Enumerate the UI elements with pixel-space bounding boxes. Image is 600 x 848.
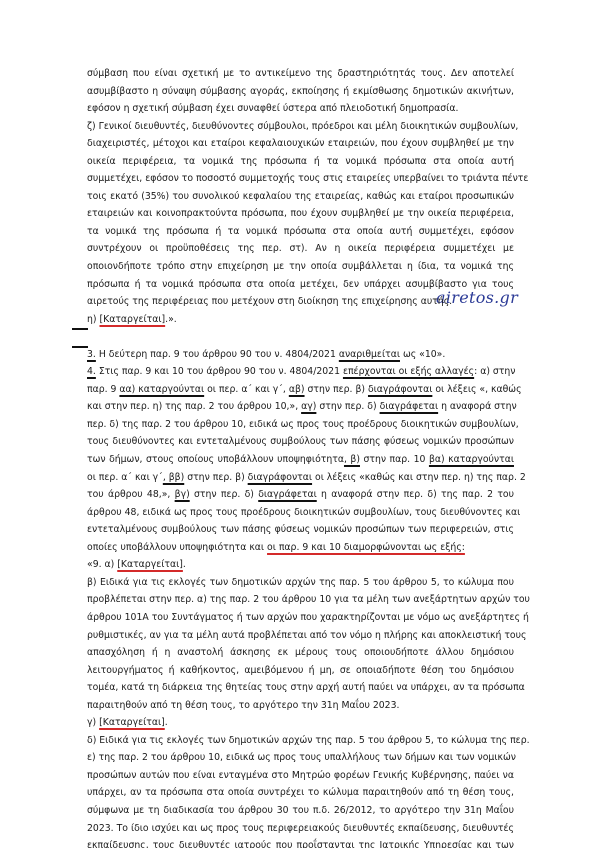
text-line: τα νομικά της πρόσωπα ή τα νομικά πρόσωπ… [87, 223, 514, 241]
text-line: απασχόληση ή η αναστολή άσκησης εκ μέρου… [87, 644, 514, 662]
text-line: β) Ειδικά για τις εκλογές των δημοτικών … [87, 574, 514, 592]
text-line: τομέα, κατά τη διάρκεια της θητείας τους… [87, 679, 514, 697]
text-line: συντρέχουν οι προϋποθέσεις της περ. στ).… [87, 240, 514, 258]
eta-line: η) [Καταργείται].». [87, 311, 514, 329]
text-line: υπάρχει, αν τα πρόσωπα στα οποία συντρέχ… [87, 784, 514, 802]
text-line: διαχειριστές, μέτοχοι και εταίροι κεφαλα… [87, 135, 514, 153]
item4-margin-mark [72, 346, 88, 348]
item-4-line: περ. δ) της παρ. 2 του άρθρου 10, ειδικά… [87, 416, 514, 434]
item3-margin-mark [72, 328, 88, 330]
text-line: ασυμβίβαστο η σύναψη σύμβασης αγοράς, εκ… [87, 83, 514, 101]
item-4-line: 4. Στις παρ. 9 και 10 του άρθρου 90 του … [87, 363, 514, 381]
text-line: αιρετούς της περιφέρειας που μετέχουν στ… [87, 293, 514, 311]
text-line: σύμβαση που είναι σχετική με το αντικείμ… [87, 65, 514, 83]
abolished-mark: [Καταργείται] [99, 717, 165, 728]
text-line: 2023. Το ίδιο ισχύει και ως προς τους πε… [87, 820, 514, 838]
text-line: ζ) Γενικοί διευθυντές, διευθύνοντες σύμβ… [87, 118, 514, 136]
text-line: δ) Ειδικά για τις εκλογές των δημοτικών … [87, 732, 514, 750]
spacer [87, 328, 514, 346]
item-number: 3. [87, 349, 96, 360]
item-4-line: παρ. 9 αα) καταργούνται οι περ. α΄ και γ… [87, 381, 514, 399]
par9a-line: «9. α) [Καταργείται]. [87, 556, 514, 574]
item-4-line: εντεταλμένους συμβούλους των πάσης φύσεω… [87, 521, 514, 539]
text-line: προβλέπεται στην περ. α) της παρ. 2 του … [87, 591, 514, 609]
item-3: 3. Η δεύτερη παρ. 9 του άρθρου 90 του ν.… [87, 346, 514, 364]
item-4-line: οι περ. α΄ και γ΄, ββ) στην περ. β) διαγ… [87, 469, 514, 487]
text-line: παραιτηθούν από τη θέση τους, το αργότερ… [87, 697, 514, 715]
text-line: εταιρειών και κοινοπρακτούντα πρόσωπα, π… [87, 205, 514, 223]
item-4-line: των δήμων, στους οποίους υποβάλλουν υποψ… [87, 451, 514, 469]
item-4-line: και στην περ. η) της παρ. 2 του άρθρου 1… [87, 398, 514, 416]
text-line: συμμετέχει, εφόσον το ποσοστό συμμετοχής… [87, 170, 514, 188]
item-4-line: τους διευθύνοντες και εντεταλμένους συμβ… [87, 433, 514, 451]
text-line: πρόσωπα ή τα νομικά πρόσωπα στα οποία με… [87, 276, 514, 294]
text-line: άρθρου 101Α του Συντάγματος ή των αρχών … [87, 609, 514, 627]
text-line: ρυθμιστικές, αν για τα μέλη αυτά προβλέπ… [87, 627, 514, 645]
paragraph-9b: β) Ειδικά για τις εκλογές των δημοτικών … [87, 574, 514, 714]
abolished-mark: [Καταργείται] [99, 314, 165, 325]
item-number: 4. [87, 366, 96, 377]
par9c-line: γ) [Καταργείται]. [87, 714, 514, 732]
document-page: σύμβαση που είναι σχετική με το αντικείμ… [87, 65, 514, 848]
item-4-line: του άρθρου 48,», βγ) στην περ. δ) διαγρά… [87, 486, 514, 504]
item-4-line: άρθρου 48, ειδικά ως προς τους προέδρους… [87, 504, 514, 522]
text-line: εκπαίδευσης, τους διευθυντές ιατρούς που… [87, 837, 514, 848]
text-line: οικεία περιφέρεια, τα νομικά της πρόσωπα… [87, 153, 514, 171]
text-line: προσώπων αυτών που είναι ενταγμένα στο Μ… [87, 767, 514, 785]
paragraph-zeta: σύμβαση που είναι σχετική με το αντικείμ… [87, 65, 514, 311]
abolished-mark: [Καταργείται] [117, 559, 183, 570]
text-line: εφόσον η σχετική σύμβαση έχει συναφθεί ύ… [87, 100, 514, 118]
text-line: σύμφωνα με τη διαδικασία του άρθρου 30 τ… [87, 802, 514, 820]
text-line: τοις εκατό (35%) του συνολικού κεφαλαίου… [87, 188, 514, 206]
paragraph-9d: δ) Ειδικά για τις εκλογές των δημοτικών … [87, 732, 514, 848]
item-4-line: οποίες υποβάλλουν υποψηφιότητα και οι πα… [87, 539, 514, 557]
text-line: οποιονδήποτε τρόπο στην επιχείρηση με τη… [87, 258, 514, 276]
text-line: λειτουργήματος ή καθήκοντος, αμειβόμενου… [87, 662, 514, 680]
text-line: ε) της παρ. 2 του άρθρου 10, ειδικά ως π… [87, 749, 514, 767]
